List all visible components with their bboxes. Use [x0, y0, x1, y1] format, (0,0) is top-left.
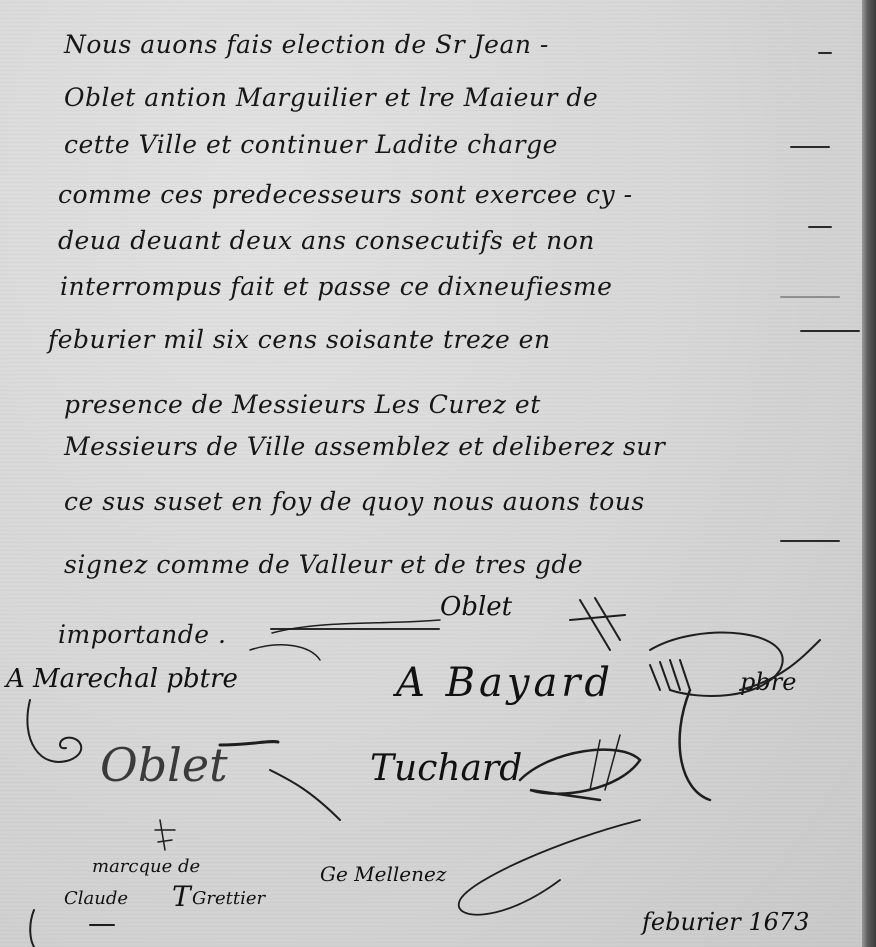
- page-binding-edge: [862, 0, 876, 947]
- manuscript-page: Nous auons fais election de Sr Jean - Ob…: [0, 0, 862, 947]
- pen-flourish-strokes: [0, 0, 862, 947]
